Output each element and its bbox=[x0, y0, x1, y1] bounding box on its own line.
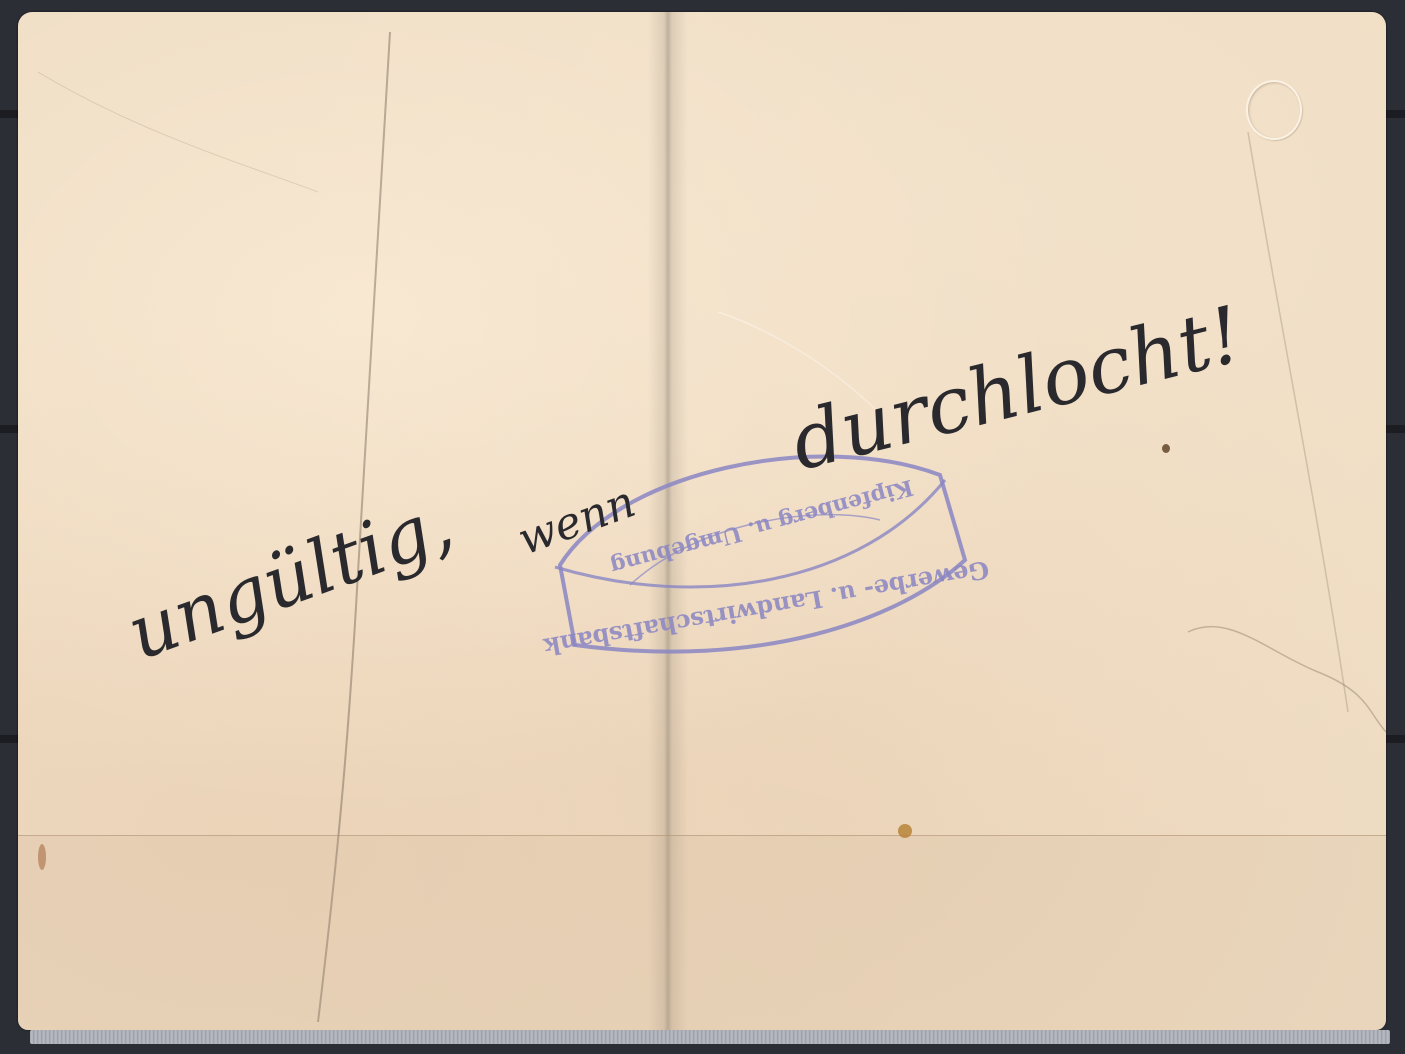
ink-overlay: Gewerbe- u. Landwirtschaftsbank Kipfenbe… bbox=[0, 0, 1405, 1054]
document-scene: Gewerbe- u. Landwirtschaftsbank Kipfenbe… bbox=[0, 0, 1405, 1054]
handwritten-word-3: durchlocht! bbox=[783, 290, 1251, 489]
handwritten-note: ungültig, bbox=[117, 480, 464, 677]
protective-sleeve-edge bbox=[30, 1030, 1390, 1044]
handwritten-word-1: ungültig, bbox=[117, 480, 464, 677]
